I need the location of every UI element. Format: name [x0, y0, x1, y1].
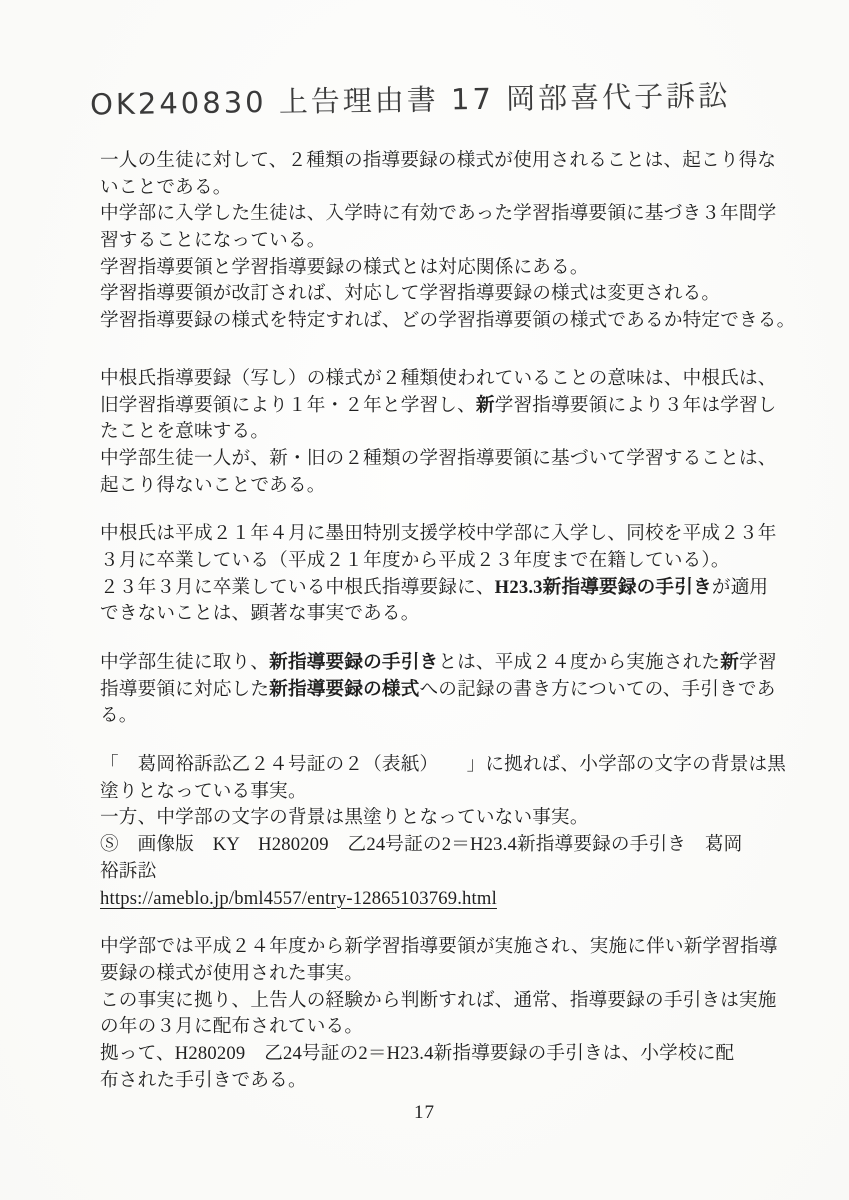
text-segment: の年の３月に配布されている。 [100, 1016, 363, 1037]
text-line: 中学部に入学した生徒は、入学時に有効であった学習指導要領に基づき３年間学 [100, 201, 776, 228]
text-line: いことである。 [100, 175, 776, 202]
text-segment: 旧学習指導要領により１年・２年と学習し、 [100, 395, 476, 416]
text-segment: とは、平成２４度から実施された [438, 652, 720, 673]
text-segment: 新指導要録の手引き [269, 652, 438, 673]
text-line: 一方、中学部の文字の背景は黒塗りとなっていない事実。 [100, 805, 776, 832]
text-line: 中学部生徒に取り、新指導要録の手引きとは、平成２４度から実施された新学習 [100, 650, 776, 677]
text-line: この事実に拠り、上告人の経験から判断すれば、通常、指導要録の手引きは実施 [100, 988, 776, 1015]
paragraph: 「 葛岡裕訴訟乙２４号証の２（表紙） 」に拠れば、小学部の文字の背景は黒塗りとな… [100, 752, 776, 912]
text-segment: 学習 [739, 652, 777, 673]
text-line: 学習指導要録の様式を特定すれば、どの学習指導要領の様式であるか特定できる。 [100, 308, 776, 335]
text-segment: への記録の書き方についての、手引きであ [420, 679, 776, 700]
text-segment: 中学部に入学した生徒は、入学時に有効であった学習指導要領に基づき３年間学 [100, 203, 776, 224]
text-segment: ２３年３月に卒業している中根氏指導要録に、 [100, 577, 495, 598]
text-segment: 中学部では平成２４年度から新学習指導要領が実施され、実施に伴い新学習指導 [100, 936, 778, 957]
text-segment: 中根氏は平成２１年４月に墨田特別支援学校中学部に入学し、同校を平成２３年 [100, 523, 777, 544]
text-segment: 新 [720, 652, 739, 673]
text-line: 学習指導要領が改訂されば、対応して学習指導要録の様式は変更される。 [100, 281, 776, 308]
text-segment: 塗りとなっている事実。 [100, 781, 307, 802]
text-segment: できないことは、顕著な事実である。 [100, 603, 420, 624]
text-line: 習することになっている。 [100, 228, 776, 255]
text-segment: いことである。 [100, 177, 232, 198]
text-segment: H23.3新指導要録の手引き [495, 577, 712, 598]
url-text: https://ameblo.jp/bml4557/entry-12865103… [100, 888, 497, 909]
text-segment: 習することになっている。 [100, 230, 326, 251]
text-line: 中根氏指導要録（写し）の様式が２種類使われていることの意味は、中根氏は、 [100, 366, 776, 393]
text-segment: 要録の様式が使用された事実。 [100, 963, 363, 984]
text-segment: 学習指導要録の様式を特定すれば、どの学習指導要領の様式であるか特定できる。 [100, 310, 795, 331]
text-segment: 学習指導要領と学習指導要録の様式とは対応関係にある。 [100, 257, 589, 278]
text-segment: Ⓢ 画像版 KY H280209 乙24号証の2＝H23.4新指導要録の手引き … [100, 834, 742, 855]
text-segment: 指導要領に対応した [100, 679, 269, 700]
paragraph: 中学部生徒に取り、新指導要録の手引きとは、平成２４度から実施された新学習指導要領… [100, 650, 776, 730]
text-segment: 拠って、H280209 乙24号証の2＝H23.4新指導要録の手引きは、小学校に… [100, 1043, 734, 1064]
text-line: 拠って、H280209 乙24号証の2＝H23.4新指導要録の手引きは、小学校に… [100, 1041, 776, 1068]
paragraph: 中学部では平成２４年度から新学習指導要領が実施され、実施に伴い新学習指導要録の様… [100, 934, 776, 1094]
text-segment: 学習指導要領が改訂されば、対応して学習指導要録の様式は変更される。 [100, 283, 720, 304]
text-segment: ３月に卒業している（平成２１年度から平成２３年度まで在籍している）。 [100, 550, 730, 571]
text-line: 学習指導要領と学習指導要録の様式とは対応関係にある。 [100, 255, 776, 282]
text-line: 要録の様式が使用された事実。 [100, 961, 776, 988]
text-segment: 中学部生徒に取り、 [100, 652, 269, 673]
text-line: https://ameblo.jp/bml4557/entry-12865103… [100, 886, 776, 913]
text-segment: 学習指導要領により３年は学習し [495, 395, 777, 416]
text-segment: が適用 [712, 577, 768, 598]
text-line: 指導要領に対応した新指導要録の様式への記録の書き方についての、手引きであ [100, 677, 776, 704]
text-segment: 中学部生徒一人が、新・旧の２種類の学習指導要領に基づいて学習することは、 [100, 448, 777, 469]
text-segment: る。 [100, 705, 138, 726]
text-line: 中根氏は平成２１年４月に墨田特別支援学校中学部に入学し、同校を平成２３年 [100, 521, 776, 548]
paragraph: 一人の生徒に対して、２種類の指導要録の様式が使用されることは、起こり得ないことで… [100, 148, 776, 335]
text-segment: 裕訴訟 [100, 861, 156, 882]
text-line: できないことは、顕著な事実である。 [100, 601, 776, 628]
text-segment: 一方、中学部の文字の背景は黒塗りとなっていない事実。 [100, 807, 589, 828]
text-block: 一人の生徒に対して、２種類の指導要録の様式が使用されることは、起こり得ないことで… [100, 148, 776, 1116]
text-line: ３月に卒業している（平成２１年度から平成２３年度まで在籍している）。 [100, 548, 776, 575]
text-line: 一人の生徒に対して、２種類の指導要録の様式が使用されることは、起こり得な [100, 148, 776, 175]
text-line: 塗りとなっている事実。 [100, 779, 776, 806]
text-segment: 新指導要録の様式 [269, 679, 419, 700]
text-line: 中学部では平成２４年度から新学習指導要領が実施され、実施に伴い新学習指導 [100, 934, 776, 961]
paragraph: 中根氏指導要録（写し）の様式が２種類使われていることの意味は、中根氏は、旧学習指… [100, 366, 776, 499]
text-line: たことを意味する。 [100, 419, 776, 446]
text-line: 旧学習指導要領により１年・２年と学習し、新学習指導要領により３年は学習し [100, 393, 776, 420]
text-segment: この事実に拠り、上告人の経験から判断すれば、通常、指導要録の手引きは実施 [100, 990, 777, 1011]
text-segment: 起こり得ないことである。 [100, 475, 326, 496]
page-number: 17 [0, 1102, 849, 1124]
scanned-document-page: OK240830 上告理由書 17 岡部喜代子訴訟 一人の生徒に対して、２種類の… [0, 0, 849, 1200]
text-line: 裕訴訟 [100, 859, 776, 886]
text-segment: たことを意味する。 [100, 421, 269, 442]
text-line: の年の３月に配布されている。 [100, 1014, 776, 1041]
handwritten-header: OK240830 上告理由書 17 岡部喜代子訴訟 [90, 74, 731, 124]
text-line: 起こり得ないことである。 [100, 473, 776, 500]
text-line: Ⓢ 画像版 KY H280209 乙24号証の2＝H23.4新指導要録の手引き … [100, 832, 776, 859]
text-segment: 一人の生徒に対して、２種類の指導要録の様式が使用されることは、起こり得な [100, 150, 776, 171]
text-line: 中学部生徒一人が、新・旧の２種類の学習指導要領に基づいて学習することは、 [100, 446, 776, 473]
text-line: 「 葛岡裕訴訟乙２４号証の２（表紙） 」に拠れば、小学部の文字の背景は黒 [100, 752, 776, 779]
text-line: 布された手引きである。 [100, 1068, 776, 1095]
text-line: ２３年３月に卒業している中根氏指導要録に、H23.3新指導要録の手引きが適用 [100, 575, 776, 602]
text-segment: 新 [476, 395, 495, 416]
text-segment: 「 葛岡裕訴訟乙２４号証の２（表紙） 」に拠れば、小学部の文字の背景は黒 [100, 754, 786, 775]
paragraph: 中根氏は平成２１年４月に墨田特別支援学校中学部に入学し、同校を平成２３年３月に卒… [100, 521, 776, 628]
text-segment: 中根氏指導要録（写し）の様式が２種類使われていることの意味は、中根氏は、 [100, 368, 777, 389]
text-segment: 布された手引きである。 [100, 1070, 307, 1091]
text-line: る。 [100, 703, 776, 730]
